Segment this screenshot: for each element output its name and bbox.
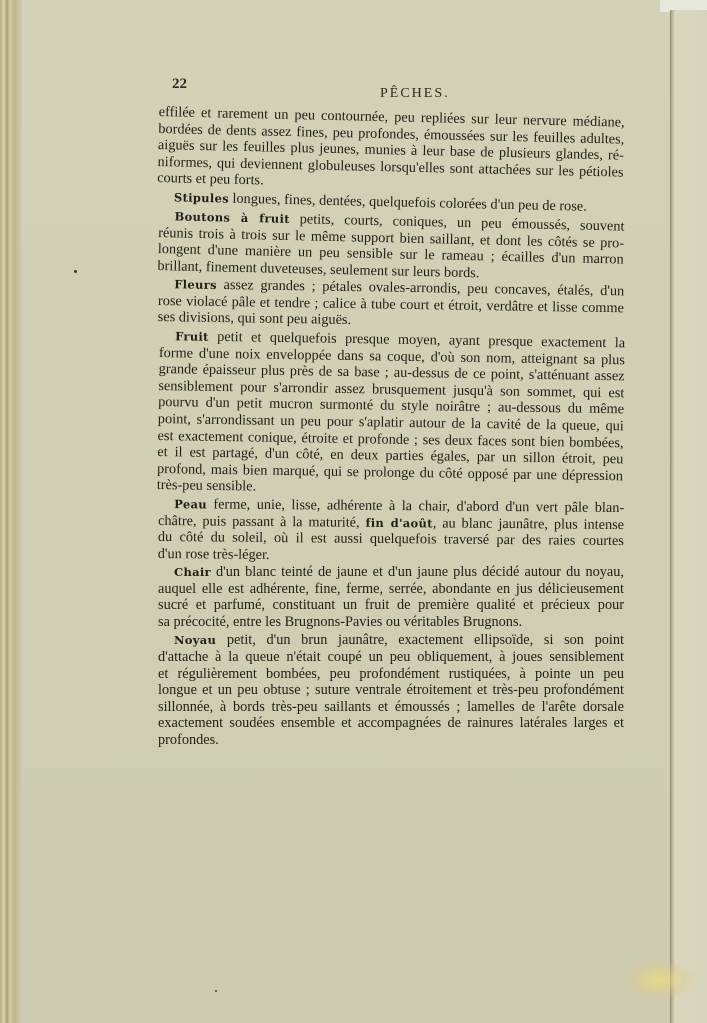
text-line: Noyau petit, d'un brun jaunâtre, exactem… <box>158 632 624 649</box>
paragraph-leaves-continued: effilée et rarement un peu contournée, p… <box>157 104 625 198</box>
term-noyau: Noyau <box>174 633 216 647</box>
inline-bold-date: fin d'août <box>365 515 432 530</box>
term-peau: Peau <box>174 497 207 511</box>
text-span: , au blanc jaunâtre, plus intense <box>433 515 624 533</box>
text-line: sillonnée, à bords très-peu saillants et… <box>158 699 624 716</box>
term-chair: Chair <box>174 565 211 579</box>
paragraph-noyau: Noyau petit, d'un brun jaunâtre, exactem… <box>158 632 624 748</box>
paragraph-fleurs: Fleurs assez grandes ; pétales ovales-ar… <box>158 276 625 333</box>
text-line: sucré et parfumé, constituant un fruit d… <box>158 597 624 614</box>
body-text: effilée et rarement un peu contournée, p… <box>158 104 624 751</box>
text-span: châtre, puis passant à la maturité, <box>158 512 366 530</box>
paper-speck <box>215 990 217 992</box>
paper-speck <box>74 270 77 273</box>
text-line: d'attache à la queue n'était coupé un pe… <box>158 649 624 666</box>
text-line: sa précocité, entre les Brugnons-Pavies … <box>158 614 624 631</box>
paper-stain <box>625 960 695 1000</box>
text-line: et régulièrement bombées, peu profondéme… <box>158 666 624 683</box>
running-title: PÊCHES. <box>380 86 450 102</box>
text-span: petit, d'un brun jaunâtre, exactement el… <box>216 632 624 648</box>
text-line: auquel elle est adhérente, fine, ferme, … <box>158 581 624 598</box>
term-fruit: Fruit <box>175 329 209 344</box>
page-number: 22 <box>172 76 187 93</box>
text-line: exactement soudées ensemble et accompagn… <box>158 715 624 732</box>
term-boutons-a-fruit: Boutons à fruit <box>174 209 290 226</box>
text-line: profondes. <box>158 732 624 749</box>
paragraph-peau: Peau ferme, unie, lisse, adhérente à la … <box>158 496 625 566</box>
paragraph-fruit: Fruit petit et quelquefois presque moyen… <box>157 328 626 501</box>
term-fleurs: Fleurs <box>174 277 217 292</box>
page-header: 22 PÊCHES. <box>172 76 632 106</box>
book-spine-edge <box>0 0 22 1023</box>
text-line: Chair d'un blanc teinté de jaune et d'un… <box>158 564 624 581</box>
paragraph-boutons: Boutons à fruit petits, courts, coniques… <box>157 208 624 285</box>
term-stipules: Stipules <box>174 190 229 205</box>
text-span: d'un blanc teinté de jaune et d'un jaune… <box>211 564 624 580</box>
text-line: longue et un peu obtuse ; suture ventral… <box>158 682 624 699</box>
facing-page-edge <box>670 10 707 1023</box>
paragraph-chair: Chair d'un blanc teinté de jaune et d'un… <box>158 564 624 630</box>
